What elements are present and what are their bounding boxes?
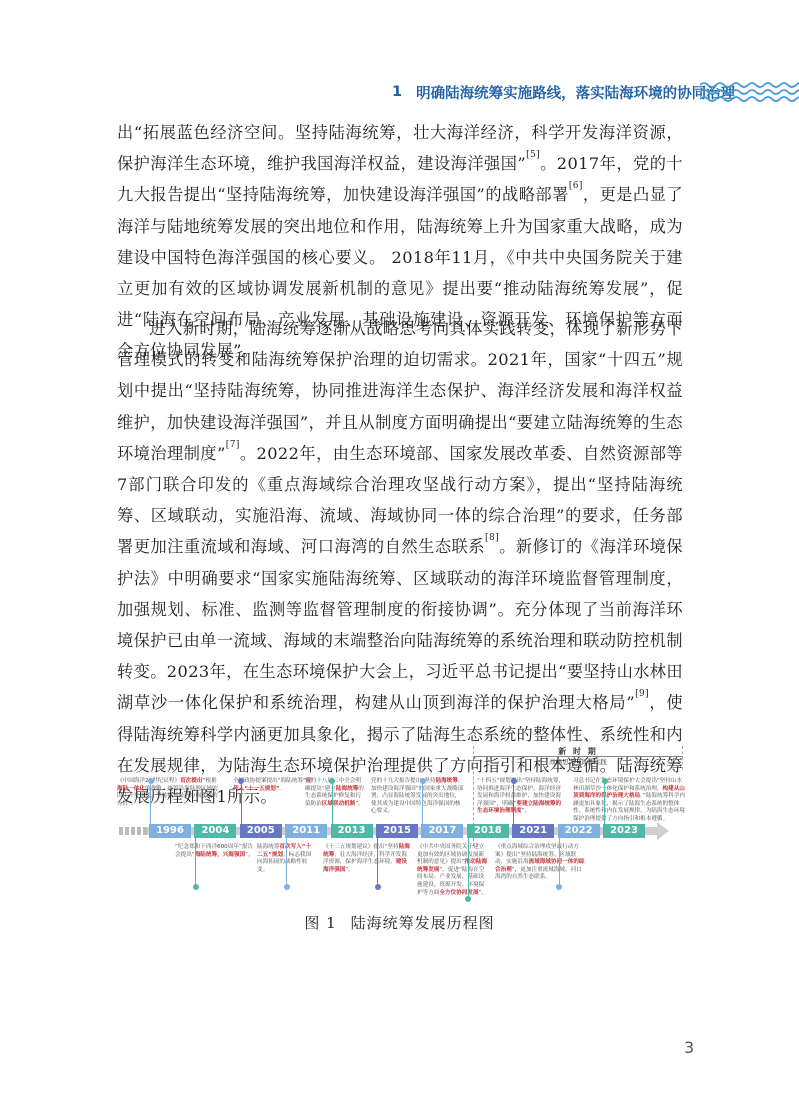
connector-line	[604, 781, 605, 824]
year-2023: 2023	[603, 824, 645, 838]
year-2004: 2004	[194, 824, 236, 838]
timeline-dot-icon	[556, 884, 562, 890]
citation-7: [7]	[226, 440, 240, 450]
connector-line	[513, 781, 514, 824]
timeline-dot-icon	[602, 778, 608, 784]
connector-line	[150, 781, 151, 824]
timeline-dot-icon	[511, 778, 517, 784]
note-2022: 《重点海域综合治理攻坚战行动方案》提出“坚持陆海统筹、区域联动，实施沿海流域海域…	[495, 844, 585, 882]
text-segment: 。新修订的《海洋环境保护法》中明确要求“国家实施陆海统筹、区域联动的海洋环境监督…	[117, 537, 683, 712]
year-2021: 2021	[512, 824, 554, 838]
connector-line	[332, 781, 333, 824]
connector-line	[559, 838, 560, 886]
connector-line	[422, 781, 423, 824]
connector-line	[468, 838, 469, 898]
year-2022: 2022	[558, 824, 600, 838]
year-1996: 1996	[149, 824, 191, 838]
note-2015: 《十三五规划建议》提出“坚持陆海统筹，壮大海洋经济，科学开发海洋资源，保护海洋生…	[323, 844, 411, 874]
connector-line	[377, 838, 378, 886]
running-header: 1 明确陆海统筹实施路线，落实陆海环境的协同治理	[392, 80, 735, 104]
year-2018: 2018	[467, 824, 509, 838]
year-2015: 2015	[376, 824, 418, 838]
citation-5: [5]	[526, 150, 540, 160]
citation-9: [9]	[635, 689, 649, 699]
chapter-title: 明确陆海统筹实施路线，落实陆海环境的协同治理	[416, 82, 735, 103]
timeline-figure: 新 时 期 战略思考→具体实践 《中国海洋21世纪议程》首次提出“根据海陆一体化…	[117, 752, 683, 902]
chapter-number: 1	[392, 84, 402, 100]
new-era-subtitle: 战略思考→具体实践	[473, 757, 683, 766]
timeline-dot-icon	[465, 896, 471, 902]
citation-6: [6]	[569, 181, 583, 191]
note-2013: 党的十八届三中全会明确提出“建立陆海统筹的生态系统保护修复和污染防治区域联动机制…	[305, 778, 365, 808]
caption-text: 陆海统筹发展历程图	[351, 914, 495, 932]
connector-line	[241, 781, 242, 824]
paragraph-2: 进入新时期，陆海统筹逐渐从战略思考向具体实践转变，体现了新形势下管理模式的转变和…	[117, 313, 683, 812]
year-2005: 2005	[240, 824, 282, 838]
caption-label: 图 1	[304, 914, 336, 932]
note-2018: 《中共中央国务院关于建立更加有效的区域协调发展新机制的意见》提出“推动陆海统筹发…	[417, 844, 489, 897]
citation-8: [8]	[485, 533, 499, 543]
year-2017: 2017	[421, 824, 463, 838]
connector-line	[286, 838, 287, 886]
text-segment: 进入新时期，陆海统筹逐渐从战略思考向具体实践转变，体现了新形势下管理模式的转变和…	[117, 319, 683, 463]
timeline-dot-icon	[375, 884, 381, 890]
note-2005: 全国政协提案提出“海陆统筹”应列入“十一五规划”。	[233, 778, 313, 793]
new-era-bracket: 新 时 期 战略思考→具体实践	[473, 746, 683, 776]
connector-line	[195, 838, 196, 886]
note-2004: “纪念郑和下西洋600周年”报告会提出“海陆统筹，兴海强国”。	[175, 844, 255, 859]
figure-caption: 图 1陆海统筹发展历程图	[0, 912, 799, 933]
timeline-dot-icon	[284, 884, 290, 890]
note-2023: 习总书记在生态环境保护大会提出“坚持山水林田湖草沙一体化保护和系统治理，构建从山…	[573, 778, 685, 824]
note-2021: “十四五”规划提出“坚持陆海统筹，协同推进海洋生态保护、海洋经济发展和海洋权益维…	[477, 778, 565, 816]
timeline-dot-icon	[193, 884, 199, 890]
year-2013: 2013	[331, 824, 373, 838]
timeline-dot-icon	[420, 778, 426, 784]
page-number: 3	[684, 1038, 694, 1057]
note-2017: 党的十九大报告提出“坚持陆海统筹，加快建设海洋强国”的国家重大战略部署，凸显海陆…	[371, 778, 465, 816]
waves-icon	[700, 80, 799, 106]
year-2011: 2011	[285, 824, 327, 838]
note-1996: 《中国海洋21世纪议程》首次提出“根据海陆一体化的战略，统筹沿海陆地区域的国土开…	[117, 778, 221, 808]
timeline-dot-icon	[148, 778, 154, 784]
